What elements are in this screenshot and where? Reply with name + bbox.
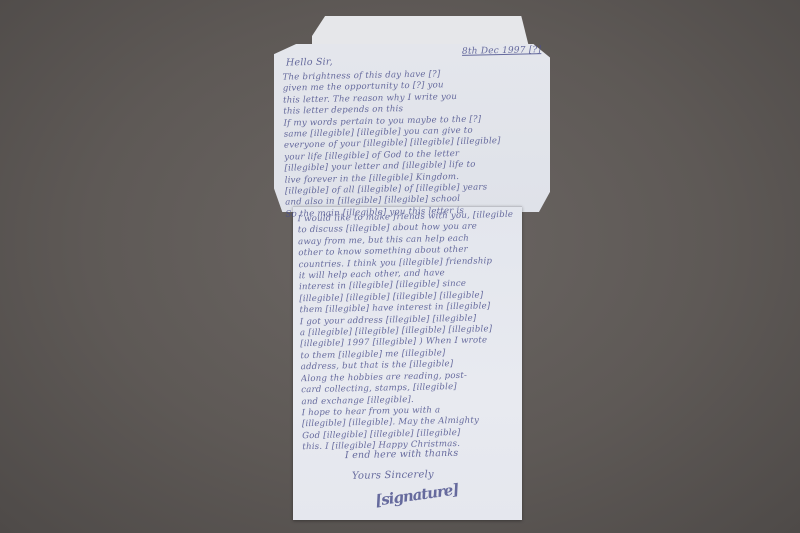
photo-scene: 8th Dec 1997 [?] Hello Sir, The brightne… [0,0,800,533]
letter-valediction: Yours Sincerely [352,469,434,482]
letter-date: 8th Dec 1997 [?] [462,45,541,58]
letter-body-top: The brightness of this day have [?] give… [282,67,537,221]
letter-body-bottom: I would like to make friends with you, [… [298,210,518,454]
letter-greeting: Hello Sir, [286,57,333,69]
letter-closing: I end here with thanks [345,448,459,462]
